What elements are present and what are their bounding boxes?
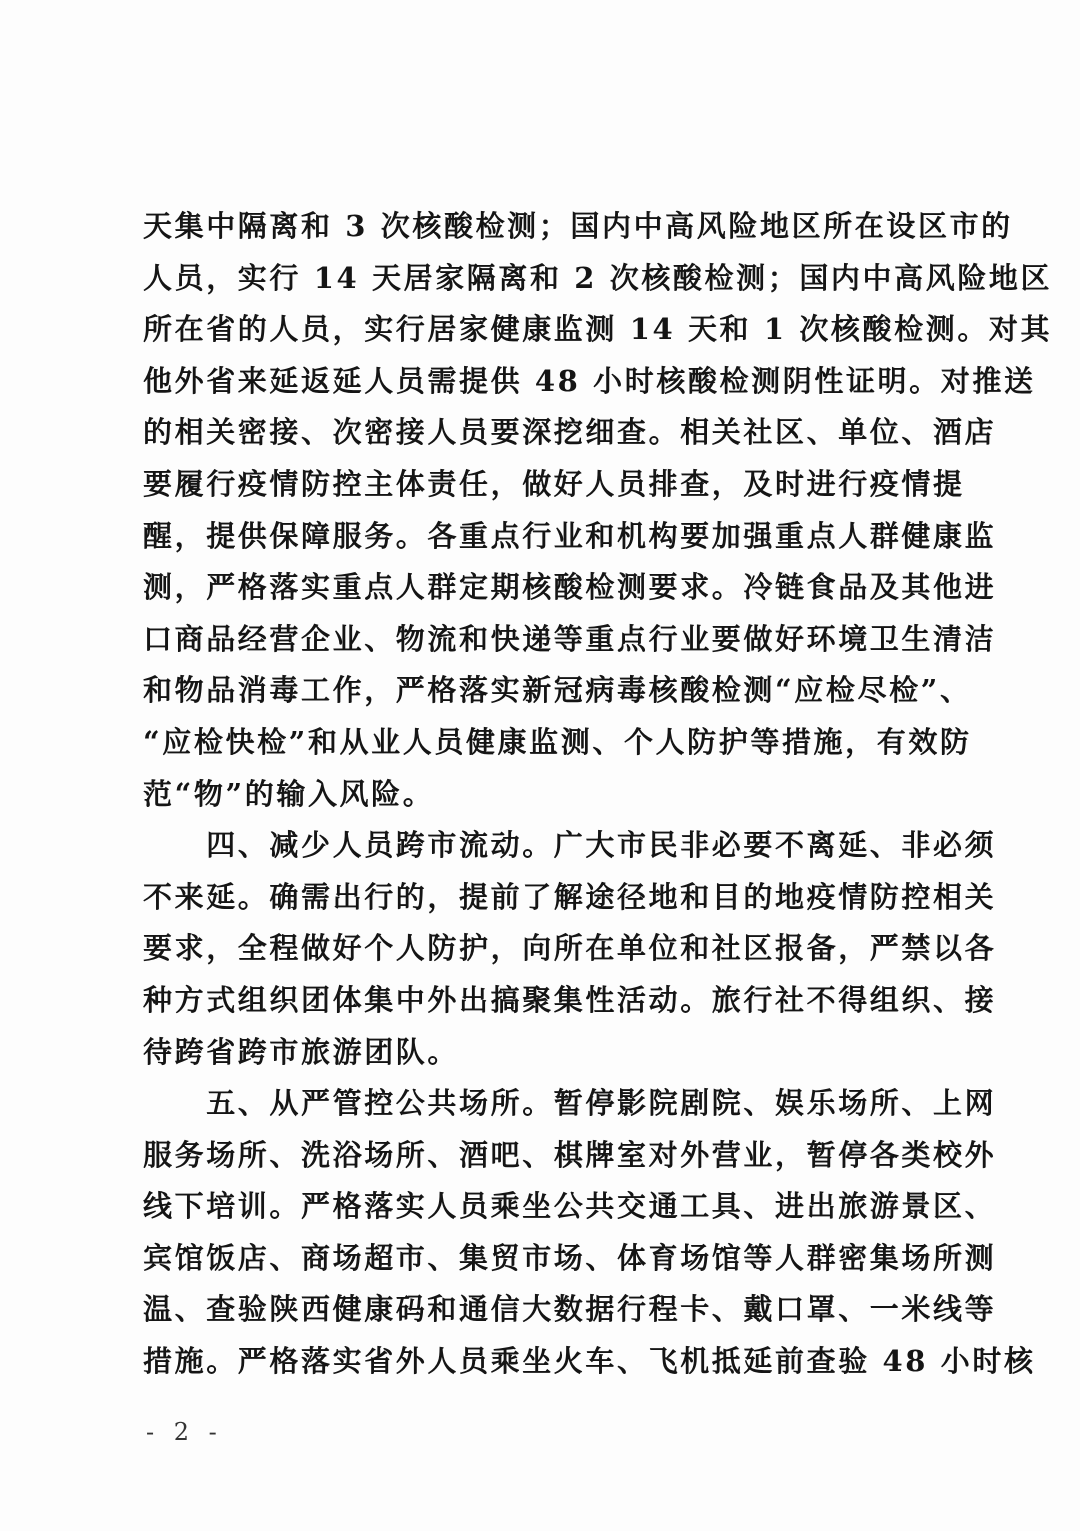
text-line: 宾馆饭店、商场超市、集贸市场、体育场馆等人群密集场所测 bbox=[143, 1238, 945, 1290]
text-line: “应检快检”和从业人员健康监测、个人防护等措施，有效防 bbox=[143, 722, 945, 774]
text-line: 醒，提供保障服务。各重点行业和机构要加强重点人群健康监 bbox=[143, 516, 945, 568]
section-five-heading-line: 五、从严管控公共场所。暂停影院剧院、娱乐场所、上网 bbox=[143, 1083, 945, 1135]
document-page: 天集中隔离和 3 次核酸检测；国内中高风险地区所在设区市的 人员，实行 14 天… bbox=[0, 0, 1080, 1531]
text-line: 和物品消毒工作，严格落实新冠病毒核酸检测“应检尽检”、 bbox=[143, 670, 945, 722]
text-line: 的相关密接、次密接人员要深挖细查。相关社区、单位、酒店 bbox=[143, 412, 945, 464]
section-four-heading-line: 四、减少人员跨市流动。广大市民非必要不离延、非必须 bbox=[143, 825, 945, 877]
document-body: 天集中隔离和 3 次核酸检测；国内中高风险地区所在设区市的 人员，实行 14 天… bbox=[143, 206, 945, 1393]
text-line: 要求，全程做好个人防护，向所在单位和社区报备，严禁以各 bbox=[143, 928, 945, 980]
text-line: 种方式组织团体集中外出搞聚集性活动。旅行社不得组织、接 bbox=[143, 980, 945, 1032]
text-line: 要履行疫情防控主体责任，做好人员排查，及时进行疫情提 bbox=[143, 464, 945, 516]
text-line: 测，严格落实重点人群定期核酸检测要求。冷链食品及其他进 bbox=[143, 567, 945, 619]
text-line: 人员，实行 14 天居家隔离和 2 次核酸检测；国内中高风险地区 bbox=[143, 258, 945, 310]
text-line: 口商品经营企业、物流和快递等重点行业要做好环境卫生清洁 bbox=[143, 619, 945, 671]
page-number: - 2 - bbox=[146, 1418, 223, 1446]
text-line: 服务场所、洗浴场所、酒吧、棋牌室对外营业，暂停各类校外 bbox=[143, 1135, 945, 1187]
text-line: 温、查验陕西健康码和通信大数据行程卡、戴口罩、一米线等 bbox=[143, 1289, 945, 1341]
text-line: 所在省的人员，实行居家健康监测 14 天和 1 次核酸检测。对其 bbox=[143, 309, 945, 361]
text-line: 线下培训。严格落实人员乘坐公共交通工具、进出旅游景区、 bbox=[143, 1186, 945, 1238]
text-line: 待跨省跨市旅游团队。 bbox=[143, 1032, 945, 1084]
text-line: 范“物”的输入风险。 bbox=[143, 774, 945, 826]
text-line: 不来延。确需出行的，提前了解途径地和目的地疫情防控相关 bbox=[143, 877, 945, 929]
text-line: 措施。严格落实省外人员乘坐火车、飞机抵延前查验 48 小时核 bbox=[143, 1341, 945, 1393]
text-line: 天集中隔离和 3 次核酸检测；国内中高风险地区所在设区市的 bbox=[143, 206, 945, 258]
text-line: 他外省来延返延人员需提供 48 小时核酸检测阴性证明。对推送 bbox=[143, 361, 945, 413]
